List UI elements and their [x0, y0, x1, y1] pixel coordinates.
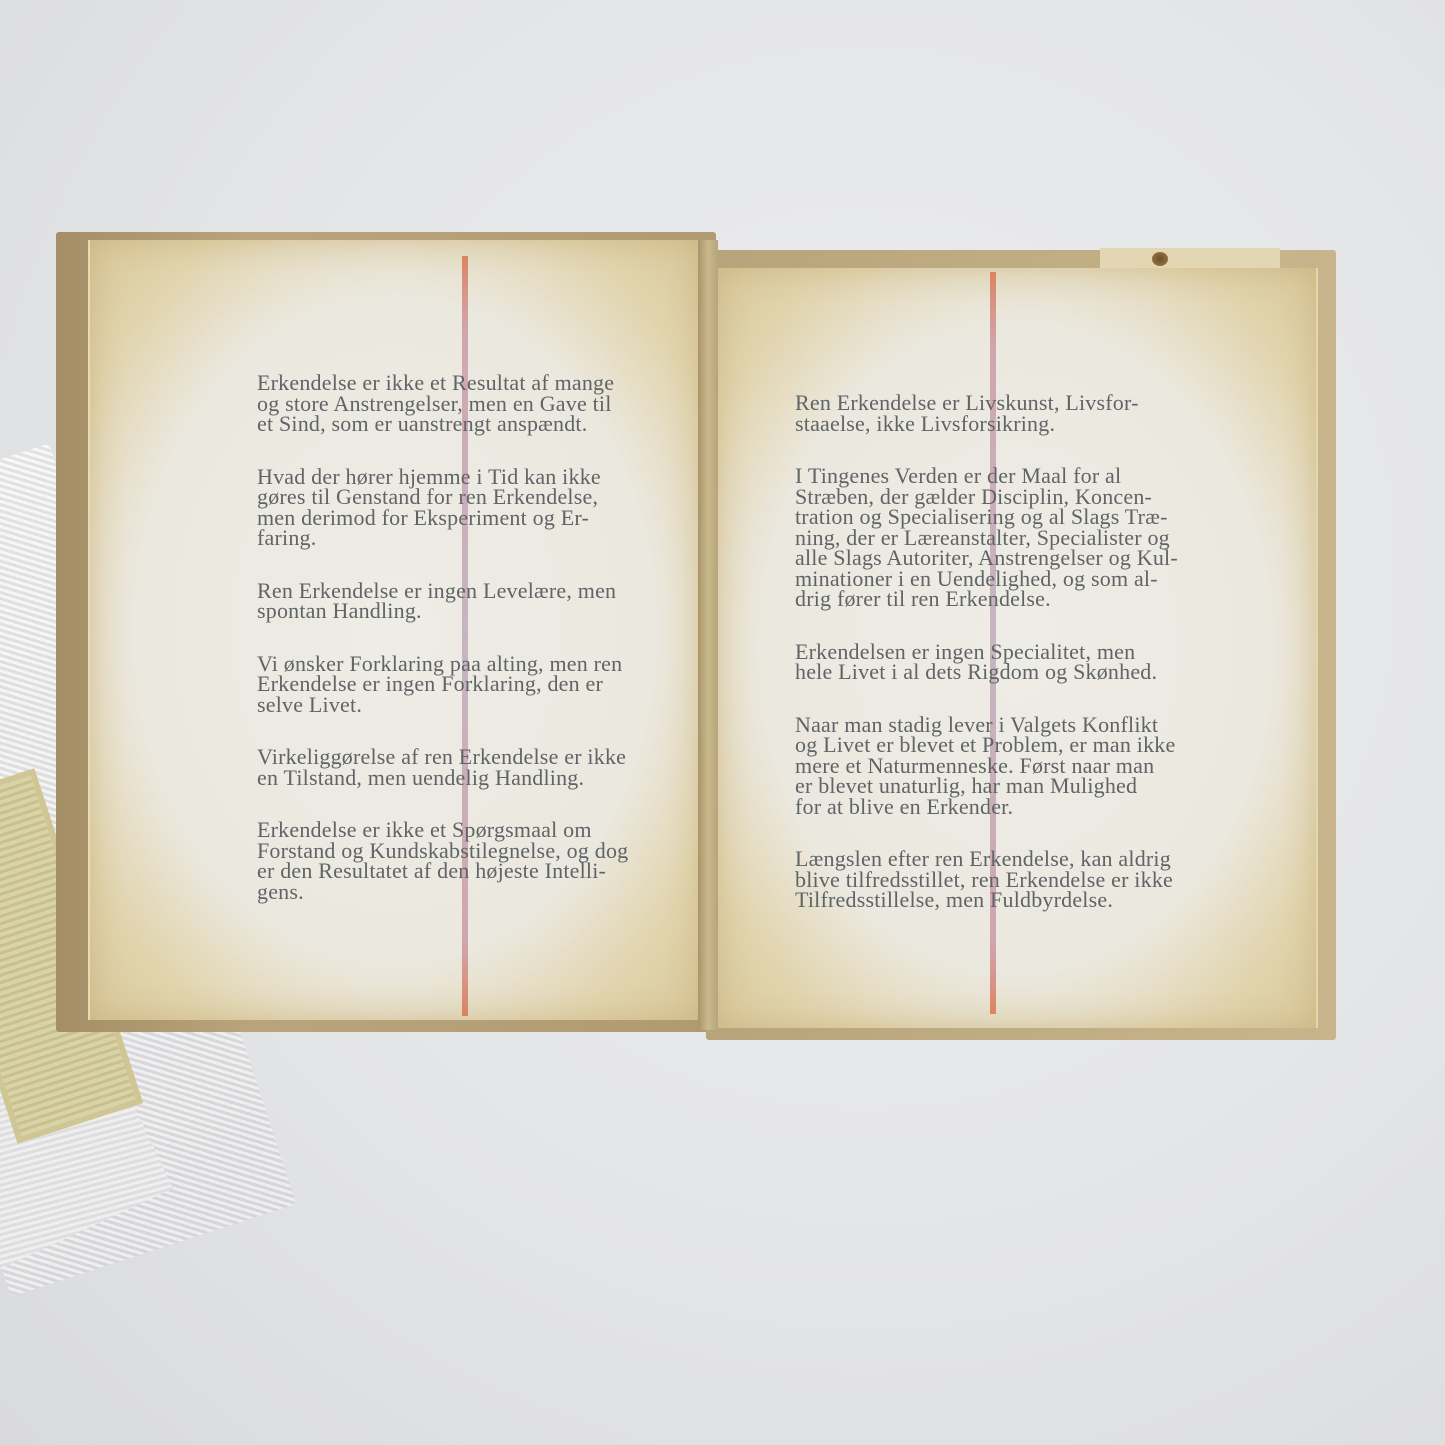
paragraph: Længslen efter ren Erkendelse, kan aldri…	[795, 849, 1183, 911]
paragraph: Erkendelse er ikke et Resultat af mange …	[257, 373, 647, 435]
paragraph: Naar man stadig lever i Valgets Konflikt…	[795, 715, 1183, 818]
paragraph: Erkendelsen er ingen Specialitet, men he…	[795, 642, 1183, 683]
paragraph: Erkendelse er ikke et Spørgsmaal om Fors…	[257, 820, 647, 902]
page-tab	[1100, 248, 1280, 270]
paragraph: Vi ønsker Forklaring paa alting, men ren…	[257, 654, 647, 716]
paragraph: I Tingenes Verden er der Maal for al Str…	[795, 466, 1183, 610]
left-page-text: Erkendelse er ikke et Resultat af mange …	[257, 373, 647, 934]
paragraph: Ren Erkendelse er Livskunst, Livsfor- st…	[795, 393, 1183, 434]
burn-hole	[1152, 252, 1168, 266]
paragraph: Hvad der hører hjemme i Tid kan ikke gør…	[257, 467, 647, 549]
right-page-text: Ren Erkendelse er Livskunst, Livsfor- st…	[795, 393, 1183, 943]
paragraph: Virkeliggørelse af ren Erkendelse er ikk…	[257, 747, 647, 788]
book-gutter	[698, 240, 718, 1030]
paragraph: Ren Erkendelse er ingen Levelære, men sp…	[257, 581, 647, 622]
